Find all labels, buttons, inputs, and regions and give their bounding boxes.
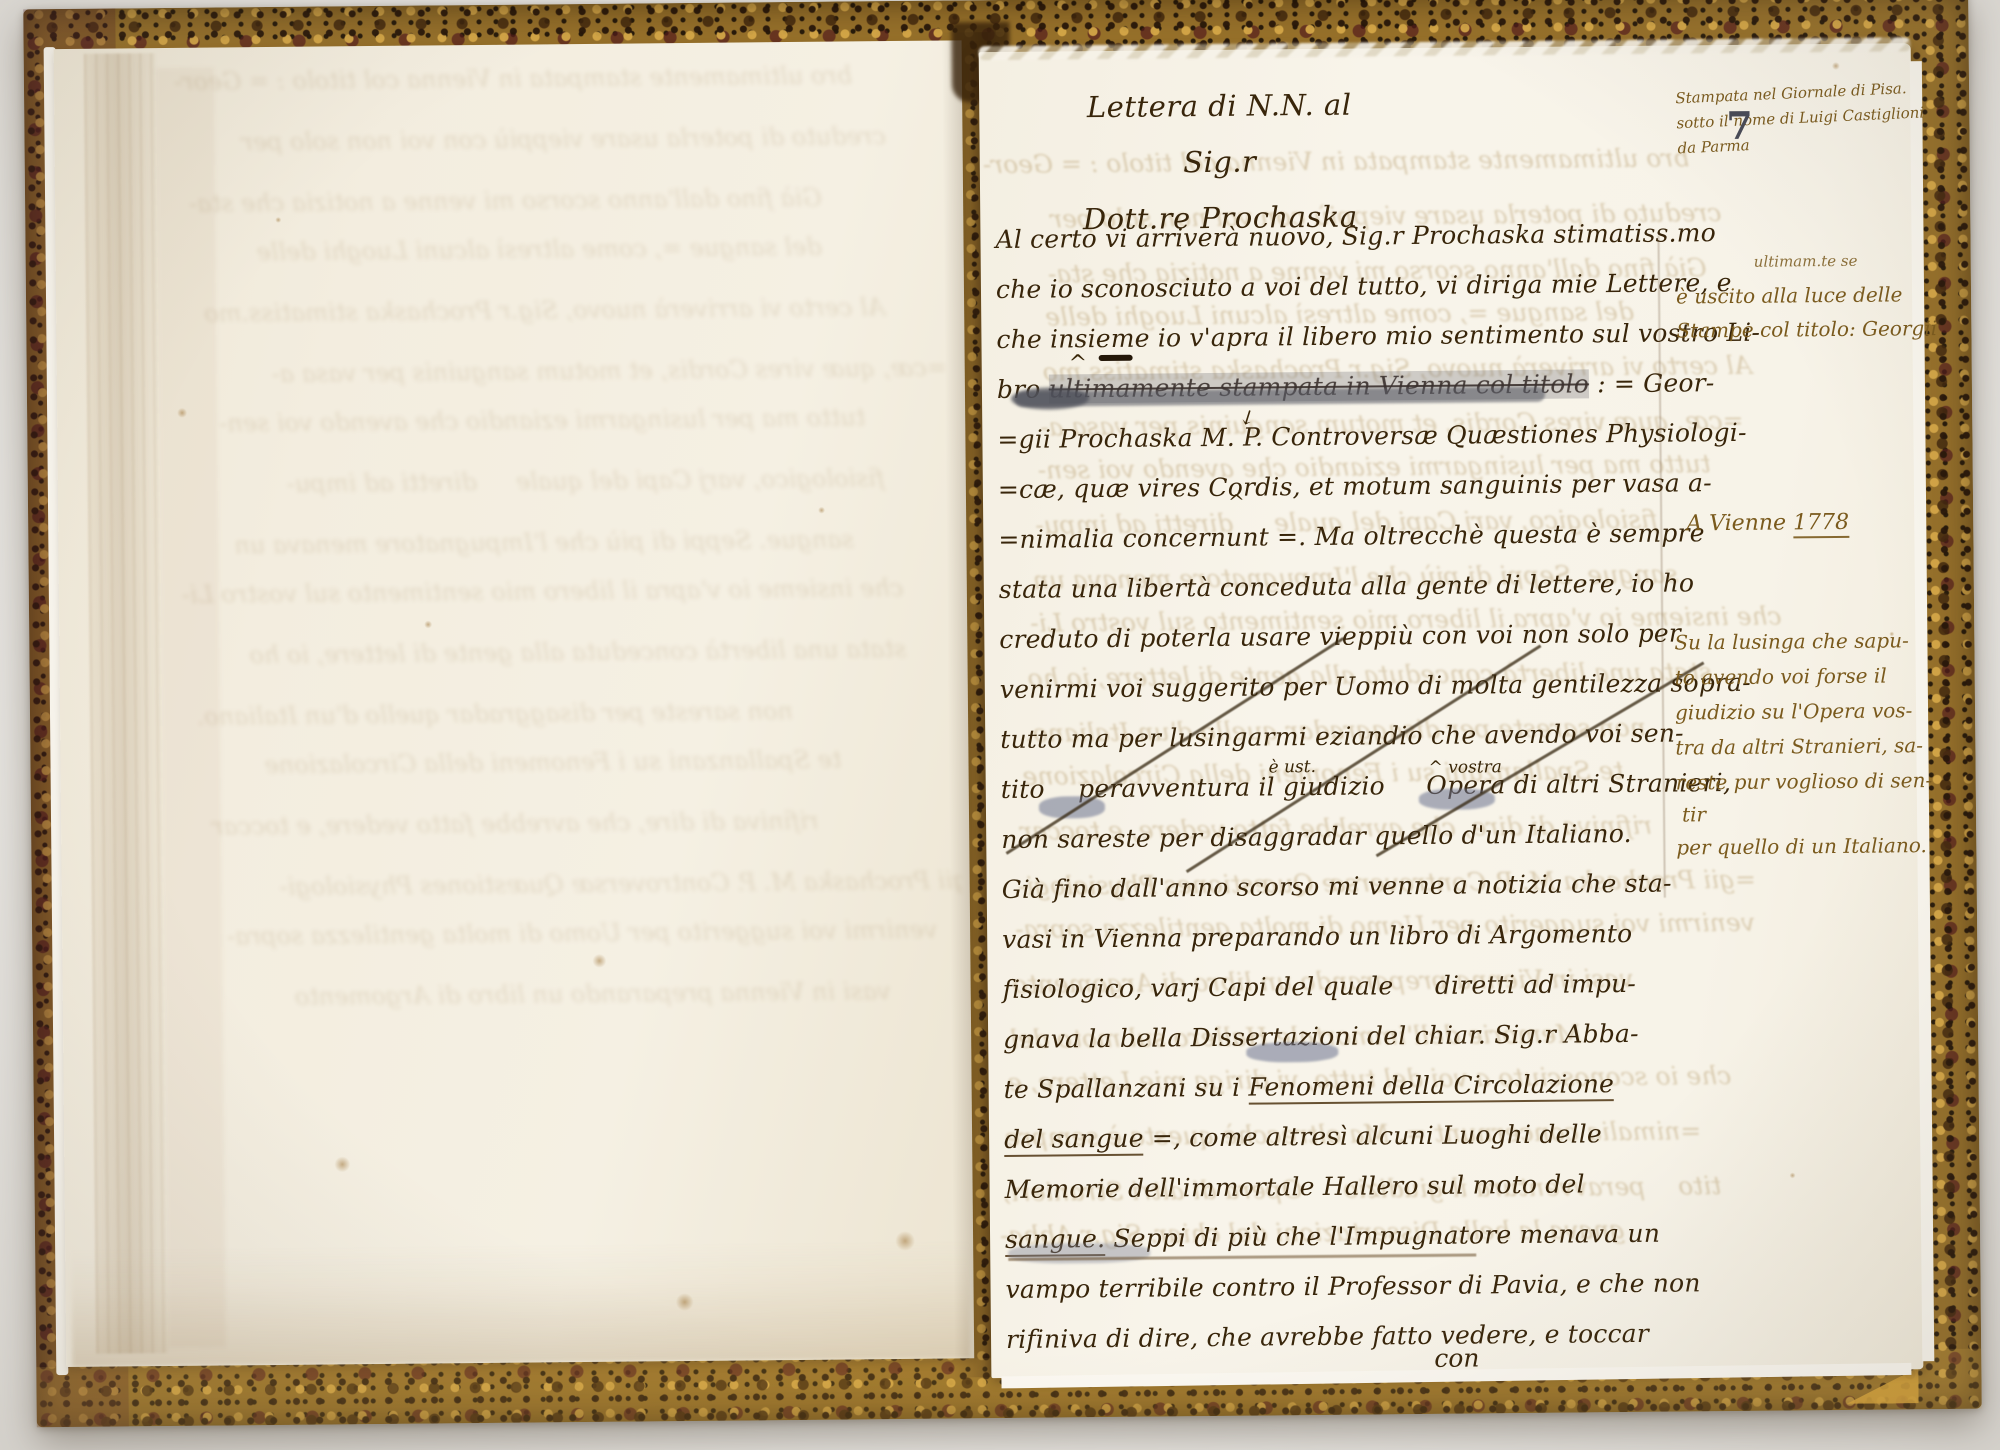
- line-text: =nimalia concernunt =. Ma oltrecchè ques…: [998, 518, 1705, 554]
- water-stain: [156, 68, 226, 1348]
- manuscript-line: fisiologico, varj Capi del quale diretti…: [1002, 958, 1682, 1015]
- manuscript-line: che io sconosciuto a voi del tutto, vi d…: [996, 259, 1676, 316]
- manuscript-line: vampo terribile contro il Professor di P…: [1005, 1258, 1685, 1315]
- stain: [334, 1156, 350, 1172]
- line-text: Al certo vi arriverà nuovo, Sig.r Procha…: [995, 218, 1716, 254]
- manuscript-line: del sangue =, come altresì alcuni Luoghi…: [1004, 1108, 1684, 1165]
- manuscript-line: vasi in Vienna preparando un libro di Ar…: [1002, 908, 1682, 965]
- margin-date-year: 1778: [1793, 510, 1849, 539]
- line-text: Memorie dell'immortale Hallero sul moto …: [1004, 1169, 1584, 1204]
- line-text: rifiniva di dire, che avrebbe fatto vede…: [1006, 1319, 1649, 1354]
- margin-note-date: A Vienne 1778: [1686, 510, 1849, 537]
- interlinear-insertion: ^ vostra: [1428, 757, 1502, 778]
- water-stain: [84, 53, 168, 1354]
- margin-note-line: Stampe col titolo: Georgii: [1676, 311, 1956, 348]
- stain: [1832, 62, 1840, 70]
- margin-note-title: ultimam.te seè uscito alla luce delleSta…: [1676, 243, 1957, 348]
- left-blank-page: [54, 40, 975, 1367]
- underlined-text: del sangue: [1004, 1124, 1144, 1157]
- stain: [1889, 631, 1894, 636]
- margin-note-revision: Su la lusinga che sapu-to avendo voi for…: [1674, 623, 1976, 866]
- line-text: =, come altresì alcuni Luoghi delle: [1143, 1119, 1602, 1152]
- underlined-text: Fenomeni della Circolazione: [1248, 1069, 1614, 1105]
- line-text: non sareste per disaggradar quello d'un …: [1001, 819, 1632, 854]
- line-text: =cæ, quæ vires Cordis, et motum sanguini…: [998, 468, 1712, 504]
- stain: [275, 217, 281, 223]
- stain: [818, 507, 825, 514]
- interlinear-insertion: è ust.: [1268, 757, 1316, 777]
- manuscript-line: =nimalia concernunt =. Ma oltrecchè ques…: [998, 509, 1678, 566]
- margin-note-line: giudizio su l'Opera vos-: [1675, 693, 1975, 731]
- insertion-caret: ^: [1228, 490, 1245, 514]
- manuscript-line: Già fino dall'anno scorso mi venne a not…: [1001, 858, 1681, 915]
- manuscript-line: non sareste per disaggradar quello d'un …: [1001, 808, 1681, 865]
- manuscript-line: te Spallanzani su i Fenomeni della Circo…: [1003, 1058, 1683, 1115]
- margin-note-line: Su la lusinga che sapu-: [1674, 623, 1974, 661]
- photo-backdrop: bro ultimamente stampata in Vienna col t…: [0, 0, 2000, 1450]
- manuscript-line: stata una libertà conceduta alla gente d…: [999, 559, 1679, 616]
- open-manuscript-book: bro ultimamente stampata in Vienna col t…: [23, 0, 1982, 1427]
- line-text: =gii Prochaska M. P. Controversæ Quæstio…: [997, 418, 1747, 454]
- line-text: : = Geor-: [1589, 368, 1715, 398]
- line-text: te Spallanzani su i: [1004, 1073, 1249, 1104]
- manuscript-line: venirmi voi suggerito per Uomo di molta …: [1000, 658, 1680, 715]
- line-text: che io sconosciuto a voi del tutto, vi d…: [996, 268, 1732, 304]
- stain: [592, 954, 606, 968]
- margin-note-line: per quello di un Italiano.: [1676, 828, 1976, 866]
- margin-note-line: to avendo voi forse il: [1675, 658, 1975, 696]
- manuscript-line: =gii Prochaska M. P. Controversæ Quæstio…: [997, 409, 1677, 466]
- margin-note-line: è uscito alla luce delle: [1676, 277, 1956, 314]
- line-text: Seppi di più che l'Impugnatore menava un: [1105, 1219, 1660, 1253]
- line-text: vasi in Vienna preparando un libro di Ar…: [1002, 919, 1632, 954]
- margin-note-publication: Stampata nel Giornale di Pisa.sotto il n…: [1675, 74, 1958, 161]
- page-number: 7: [1726, 103, 1753, 148]
- manuscript-line: =cæ, quæ vires Cordis, et motum sanguini…: [998, 459, 1678, 516]
- letter-body: Al certo vi arriverà nuovo, Sig.r Procha…: [995, 209, 1686, 1365]
- margin-note-line: ultimam.te se: [1676, 243, 1956, 280]
- stain: [424, 620, 432, 628]
- margin-note-line: tir: [1676, 798, 1976, 831]
- margin-note-line: reste pur voglioso di sen-: [1676, 763, 1976, 801]
- stain: [1789, 1172, 1795, 1178]
- line-text: creduto di poterla usare vieppiù con voi…: [999, 618, 1681, 654]
- ink-blot: [1246, 1042, 1338, 1063]
- stain: [177, 408, 187, 418]
- manuscript-line: bro ultimamente stampata in Vienna col t…: [997, 359, 1677, 416]
- letter-title-line1: Lettera di N.N. al Sig.r: [1054, 76, 1385, 191]
- line-text: che insieme io v'apra il libero mio sent…: [996, 318, 1760, 354]
- stain: [895, 1231, 915, 1251]
- stain: [676, 1293, 694, 1311]
- line-text: vampo terribile contro il Professor di P…: [1005, 1268, 1700, 1304]
- ink-tick: [1099, 355, 1133, 361]
- ink-blot: [1039, 796, 1105, 819]
- water-stain: [71, 1240, 970, 1367]
- manuscript-line: gnava la bella Dissertazioni del chiar. …: [1003, 1008, 1683, 1065]
- catchword: con: [1434, 1343, 1479, 1372]
- margin-note-line: tra da altri Stranieri, sa-: [1675, 728, 1975, 766]
- manuscript-line: Memorie dell'immortale Hallero sul moto …: [1004, 1158, 1684, 1215]
- manuscript-line: Al certo vi arriverà nuovo, Sig.r Procha…: [995, 209, 1675, 266]
- line-text: stata una libertà conceduta alla gente d…: [999, 568, 1695, 604]
- manuscript-line: rifiniva di dire, che avrebbe fatto vede…: [1006, 1308, 1686, 1365]
- line-text: fisiologico, varj Capi del quale diretti…: [1003, 969, 1637, 1004]
- margin-date-place: A Vienne: [1686, 510, 1793, 536]
- insertion-caret: ^: [1069, 351, 1088, 376]
- manuscript-line: creduto di poterla usare vieppiù con voi…: [999, 609, 1679, 666]
- line-text: Già fino dall'anno scorso mi venne a not…: [1002, 869, 1672, 904]
